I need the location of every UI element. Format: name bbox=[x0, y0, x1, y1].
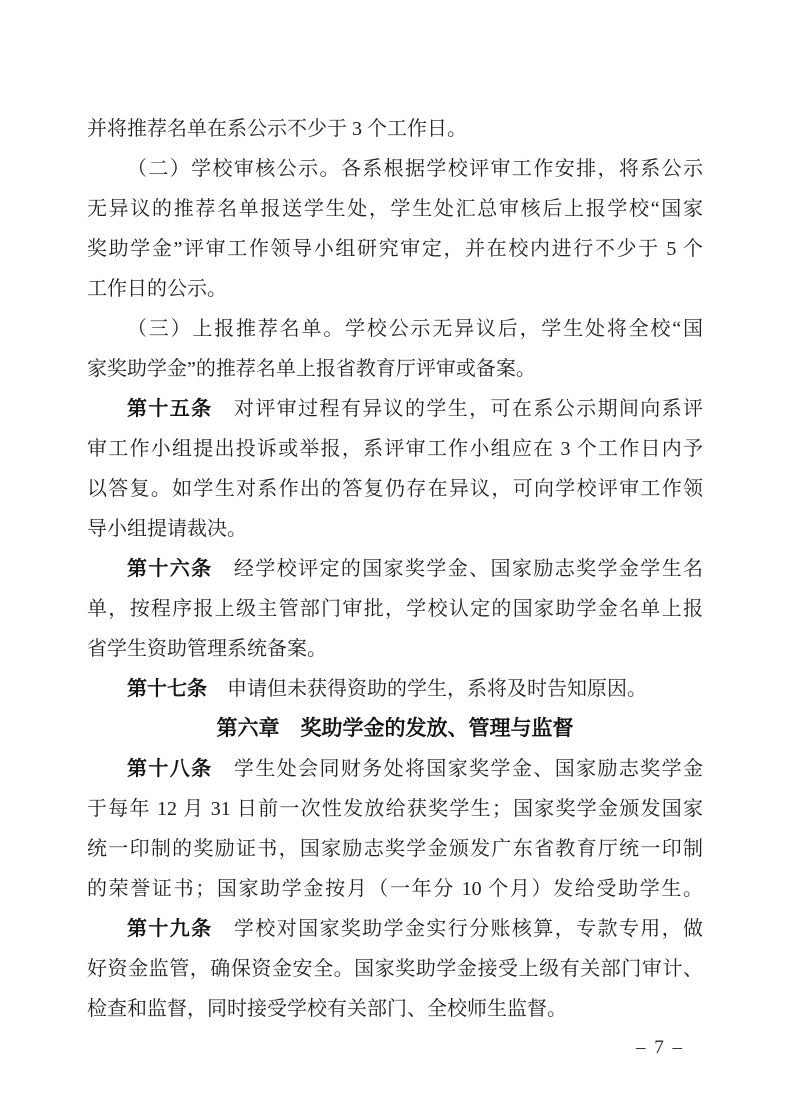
text-line: 检查和监督，同时接受学校有关部门、全校师生监督。 bbox=[87, 989, 703, 1029]
text-line: 单，按程序报上级主管部门审批，学校认定的国家助学金名单上报 bbox=[87, 589, 703, 629]
text-line: 工作日的公示。 bbox=[87, 269, 703, 309]
line-text: （三）上报推荐名单。学校公示无异议后，学生处将全校“国 bbox=[127, 318, 703, 340]
chapter-heading: 第六章 奖助学金的发放、管理与监督 bbox=[87, 709, 703, 749]
line-text: 并将推荐名单在系公示不少于 3 个工作日。 bbox=[87, 118, 467, 140]
text-line: 第十九条 学校对国家奖助学金实行分账核算，专款专用，做 bbox=[87, 909, 703, 949]
line-text: 于每年 12 月 31 日前一次性发放给获奖学生；国家奖学金颁发国家 bbox=[87, 798, 703, 820]
document-page: 并将推荐名单在系公示不少于 3 个工作日。（二）学校审核公示。各系根据学校评审工… bbox=[0, 0, 788, 1115]
line-text: 工作日的公示。 bbox=[87, 278, 227, 300]
text-line: 导小组提请裁决。 bbox=[87, 509, 703, 549]
text-line: 审工作小组提出投诉或举报，系评审工作小组应在 3 个工作日内予 bbox=[87, 429, 703, 469]
text-line: 奖助学金”评审工作领导小组研究审定，并在校内进行不少于 5 个 bbox=[87, 229, 703, 269]
text-line: （三）上报推荐名单。学校公示无异议后，学生处将全校“国 bbox=[87, 309, 703, 349]
text-line: 无异议的推荐名单报送学生处，学生处汇总审核后上报学校“国家 bbox=[87, 189, 703, 229]
text-line: 统一印制的奖励证书，国家励志奖学金颁发广东省教育厅统一印制 bbox=[87, 829, 703, 869]
line-text: 经学校评定的国家奖学金、国家励志奖学金学生名 bbox=[213, 558, 703, 580]
article-number: 第十九条 bbox=[127, 918, 213, 940]
text-line: 的荣誉证书；国家助学金按月（一年分 10 个月）发给受助学生。 bbox=[87, 869, 703, 909]
text-line: （二）学校审核公示。各系根据学校评审工作安排，将系公示 bbox=[87, 149, 703, 189]
text-line: 第十八条 学生处会同财务处将国家奖学金、国家励志奖学金 bbox=[87, 749, 703, 789]
text-line: 并将推荐名单在系公示不少于 3 个工作日。 bbox=[87, 109, 703, 149]
line-text: 以答复。如学生对系作出的答复仍存在异议，可向学校评审工作领 bbox=[87, 478, 703, 500]
page-number: – 7 – bbox=[636, 1033, 684, 1063]
line-text: 申请但未获得资助的学生，系将及时告知原因。 bbox=[207, 678, 647, 700]
line-text: 奖助学金”评审工作领导小组研究审定，并在校内进行不少于 5 个 bbox=[87, 238, 703, 260]
line-text: 学校对国家奖助学金实行分账核算，专款专用，做 bbox=[213, 918, 703, 940]
text-line: 好资金监管，确保资金安全。国家奖助学金接受上级有关部门审计、 bbox=[87, 949, 703, 989]
line-text: （二）学校审核公示。各系根据学校评审工作安排，将系公示 bbox=[127, 158, 703, 180]
text-line: 第十六条 经学校评定的国家奖学金、国家励志奖学金学生名 bbox=[87, 549, 703, 589]
article-number: 第十八条 bbox=[127, 758, 213, 780]
article-number: 第十七条 bbox=[127, 678, 207, 700]
text-line: 第十七条 申请但未获得资助的学生，系将及时告知原因。 bbox=[87, 669, 703, 709]
text-line: 于每年 12 月 31 日前一次性发放给获奖学生；国家奖学金颁发国家 bbox=[87, 789, 703, 829]
line-text: 单，按程序报上级主管部门审批，学校认定的国家助学金名单上报 bbox=[87, 598, 703, 620]
line-text: 省学生资助管理系统备案。 bbox=[87, 638, 327, 660]
line-text: 的荣誉证书；国家助学金按月（一年分 10 个月）发给受助学生。 bbox=[87, 878, 703, 900]
line-text: 第六章 奖助学金的发放、管理与监督 bbox=[217, 717, 574, 740]
article-number: 第十五条 bbox=[127, 398, 213, 420]
line-text: 统一印制的奖励证书，国家励志奖学金颁发广东省教育厅统一印制 bbox=[87, 838, 703, 860]
line-text: 家奖助学金”的推荐名单上报省教育厅评审或备案。 bbox=[87, 358, 536, 380]
document-body: 并将推荐名单在系公示不少于 3 个工作日。（二）学校审核公示。各系根据学校评审工… bbox=[87, 109, 703, 1029]
line-text: 导小组提请裁决。 bbox=[87, 518, 247, 540]
line-text: 无异议的推荐名单报送学生处，学生处汇总审核后上报学校“国家 bbox=[87, 198, 703, 220]
article-number: 第十六条 bbox=[127, 558, 213, 580]
text-line: 以答复。如学生对系作出的答复仍存在异议，可向学校评审工作领 bbox=[87, 469, 703, 509]
text-line: 家奖助学金”的推荐名单上报省教育厅评审或备案。 bbox=[87, 349, 703, 389]
line-text: 审工作小组提出投诉或举报，系评审工作小组应在 3 个工作日内予 bbox=[87, 438, 703, 460]
line-text: 学生处会同财务处将国家奖学金、国家励志奖学金 bbox=[213, 758, 703, 780]
text-line: 省学生资助管理系统备案。 bbox=[87, 629, 703, 669]
line-text: 检查和监督，同时接受学校有关部门、全校师生监督。 bbox=[87, 998, 567, 1020]
line-text: 对评审过程有异议的学生，可在系公示期间向系评 bbox=[213, 398, 703, 420]
text-line: 第十五条 对评审过程有异议的学生，可在系公示期间向系评 bbox=[87, 389, 703, 429]
line-text: 好资金监管，确保资金安全。国家奖助学金接受上级有关部门审计、 bbox=[87, 958, 703, 980]
